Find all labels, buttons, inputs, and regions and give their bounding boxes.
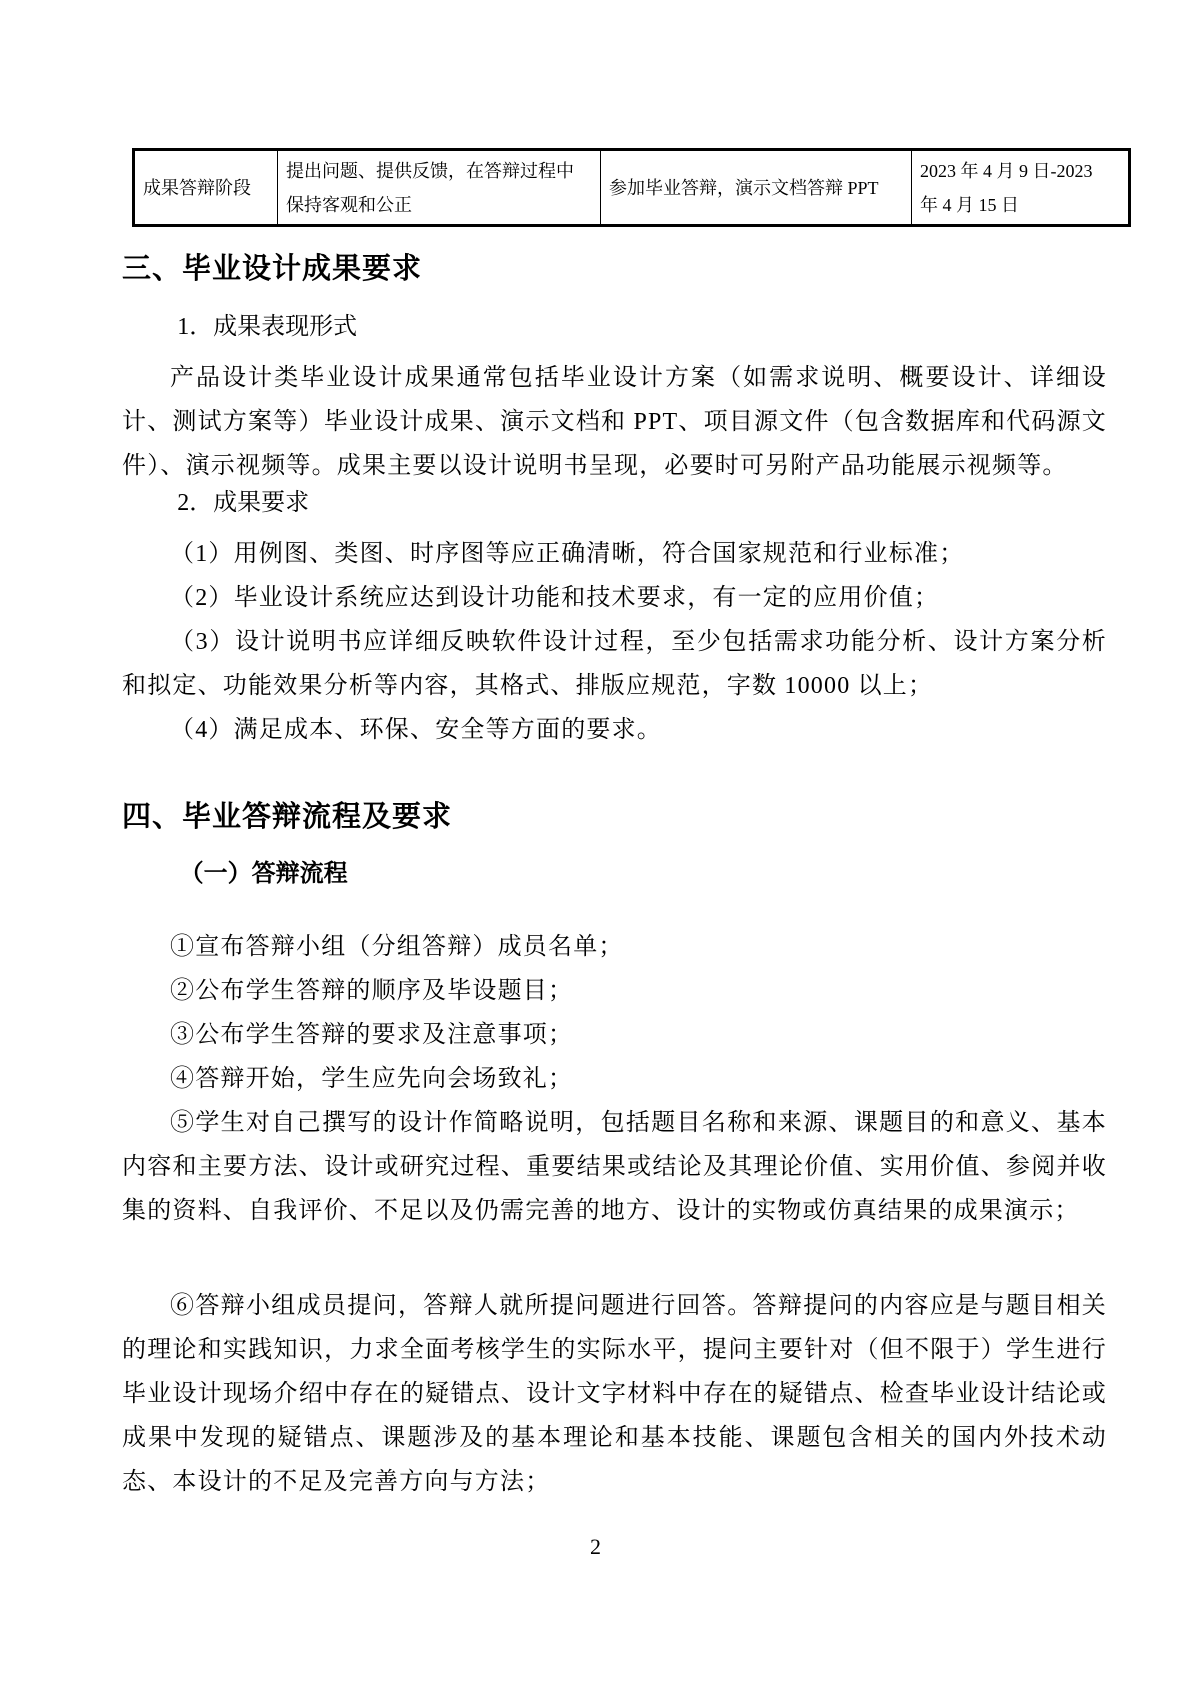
defense-step: ⑥答辩小组成员提问，答辩人就所提问题进行回答。答辩提问的内容应是与题目相关的理论…	[122, 1284, 1107, 1504]
requirement-item: （3）设计说明书应详细反映软件设计过程，至少包括需求功能分析、设计方案分析和拟定…	[122, 620, 1107, 708]
task-label: 参加毕业答辩，演示文档答辩 PPT	[609, 171, 903, 205]
requirement-item: （2）毕业设计系统应达到设计功能和技术要求，有一定的应用价值；	[122, 576, 1107, 620]
document-page: 成果答辩阶段 提出问题、提供反馈，在答辩过程中 保持客观和公正 参加毕业答辩，演…	[0, 0, 1191, 1684]
table-cell-date: 2023 年 4 月 9 日-2023 年 4 月 15 日	[912, 150, 1130, 226]
defense-step: ③公布学生答辩的要求及注意事项；	[122, 1013, 1107, 1057]
defense-step: ①宣布答辩小组（分组答辩）成员名单；	[122, 925, 1107, 969]
table-row: 成果答辩阶段 提出问题、提供反馈，在答辩过程中 保持客观和公正 参加毕业答辩，演…	[134, 150, 1130, 226]
section-4-heading: 四、毕业答辩流程及要求	[122, 801, 1107, 834]
section-3-heading: 三、毕业设计成果要求	[122, 253, 1107, 286]
date-line: 年 4 月 15 日	[920, 188, 1120, 222]
defense-stage-table: 成果答辩阶段 提出问题、提供反馈，在答辩过程中 保持客观和公正 参加毕业答辩，演…	[132, 148, 1131, 227]
table-cell-task: 参加毕业答辩，演示文档答辩 PPT	[601, 150, 912, 226]
table-cell-stage: 成果答辩阶段	[134, 150, 278, 226]
stage-label: 成果答辩阶段	[143, 171, 269, 205]
section-3-sub2-title: 2．成果要求	[122, 488, 1107, 518]
table-cell-duty: 提出问题、提供反馈，在答辩过程中 保持客观和公正	[278, 150, 601, 226]
requirement-item: （1）用例图、类图、时序图等应正确清晰，符合国家规范和行业标准；	[122, 532, 1107, 576]
defense-step: ⑤学生对自己撰写的设计作简略说明，包括题目名称和来源、课题目的和意义、基本内容和…	[122, 1101, 1107, 1233]
requirement-item: （4）满足成本、环保、安全等方面的要求。	[122, 708, 1107, 752]
defense-step: ④答辩开始，学生应先向会场致礼；	[122, 1057, 1107, 1101]
page-number: 2	[0, 1534, 1191, 1560]
duty-line: 提出问题、提供反馈，在答辩过程中	[286, 154, 592, 188]
date-line: 2023 年 4 月 9 日-2023	[920, 154, 1120, 188]
duty-line: 保持客观和公正	[286, 188, 592, 222]
section-3-sub1-title: 1．成果表现形式	[122, 312, 1107, 342]
section-3-sub1-paragraph: 产品设计类毕业设计成果通常包括毕业设计方案（如需求说明、概要设计、详细设计、测试…	[122, 356, 1107, 488]
defense-step: ②公布学生答辩的顺序及毕设题目；	[122, 969, 1107, 1013]
section-4-sub1-title: （一）答辩流程	[122, 860, 1107, 888]
